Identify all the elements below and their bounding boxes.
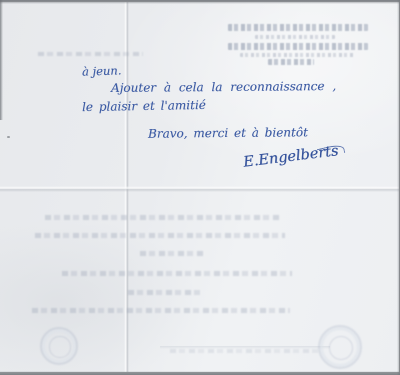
bleedthrough-line (128, 290, 200, 295)
letterhead-ghost-row (228, 43, 368, 50)
handwritten-signature: E.Engelberts (242, 143, 339, 171)
bleedthrough-line (32, 308, 290, 313)
seal-stamp-right (318, 325, 362, 369)
handwritten-salutation: à jeun. (82, 63, 122, 78)
letterhead-ghost-row (255, 35, 335, 39)
handwritten-line-2: le plaisir et l'amitié (82, 98, 206, 114)
seal-stamp-inner (49, 336, 70, 357)
handwritten-closing: Bravo, merci et à bientôt (148, 125, 308, 140)
bleedthrough-line (62, 271, 292, 276)
fold-crease-horizontal (0, 186, 399, 192)
seal-stamp-inner (329, 336, 353, 360)
letterhead-ghost-row (268, 59, 314, 65)
scan-edge-left (0, 0, 3, 120)
handwritten-line-1: Ajouter à cela la reconnaissance , (111, 79, 336, 95)
bleedthrough-line (45, 215, 280, 220)
bleedthrough-line (140, 251, 205, 256)
scan-edge-top (0, 0, 400, 4)
letterhead-ghost-row (240, 53, 355, 57)
bleedthrough-line (38, 52, 143, 56)
bleedthrough-line (35, 233, 285, 238)
scanned-letter: à jeun. Ajouter à cela la reconnaissance… (0, 0, 400, 375)
scan-edge-bottom (0, 371, 400, 375)
bleedthrough-line (170, 349, 320, 353)
letter-paper: à jeun. Ajouter à cela la reconnaissance… (0, 2, 399, 372)
letterhead-ghost-row (228, 24, 368, 31)
scan-speck (7, 136, 10, 138)
seal-stamp-left (40, 327, 78, 365)
